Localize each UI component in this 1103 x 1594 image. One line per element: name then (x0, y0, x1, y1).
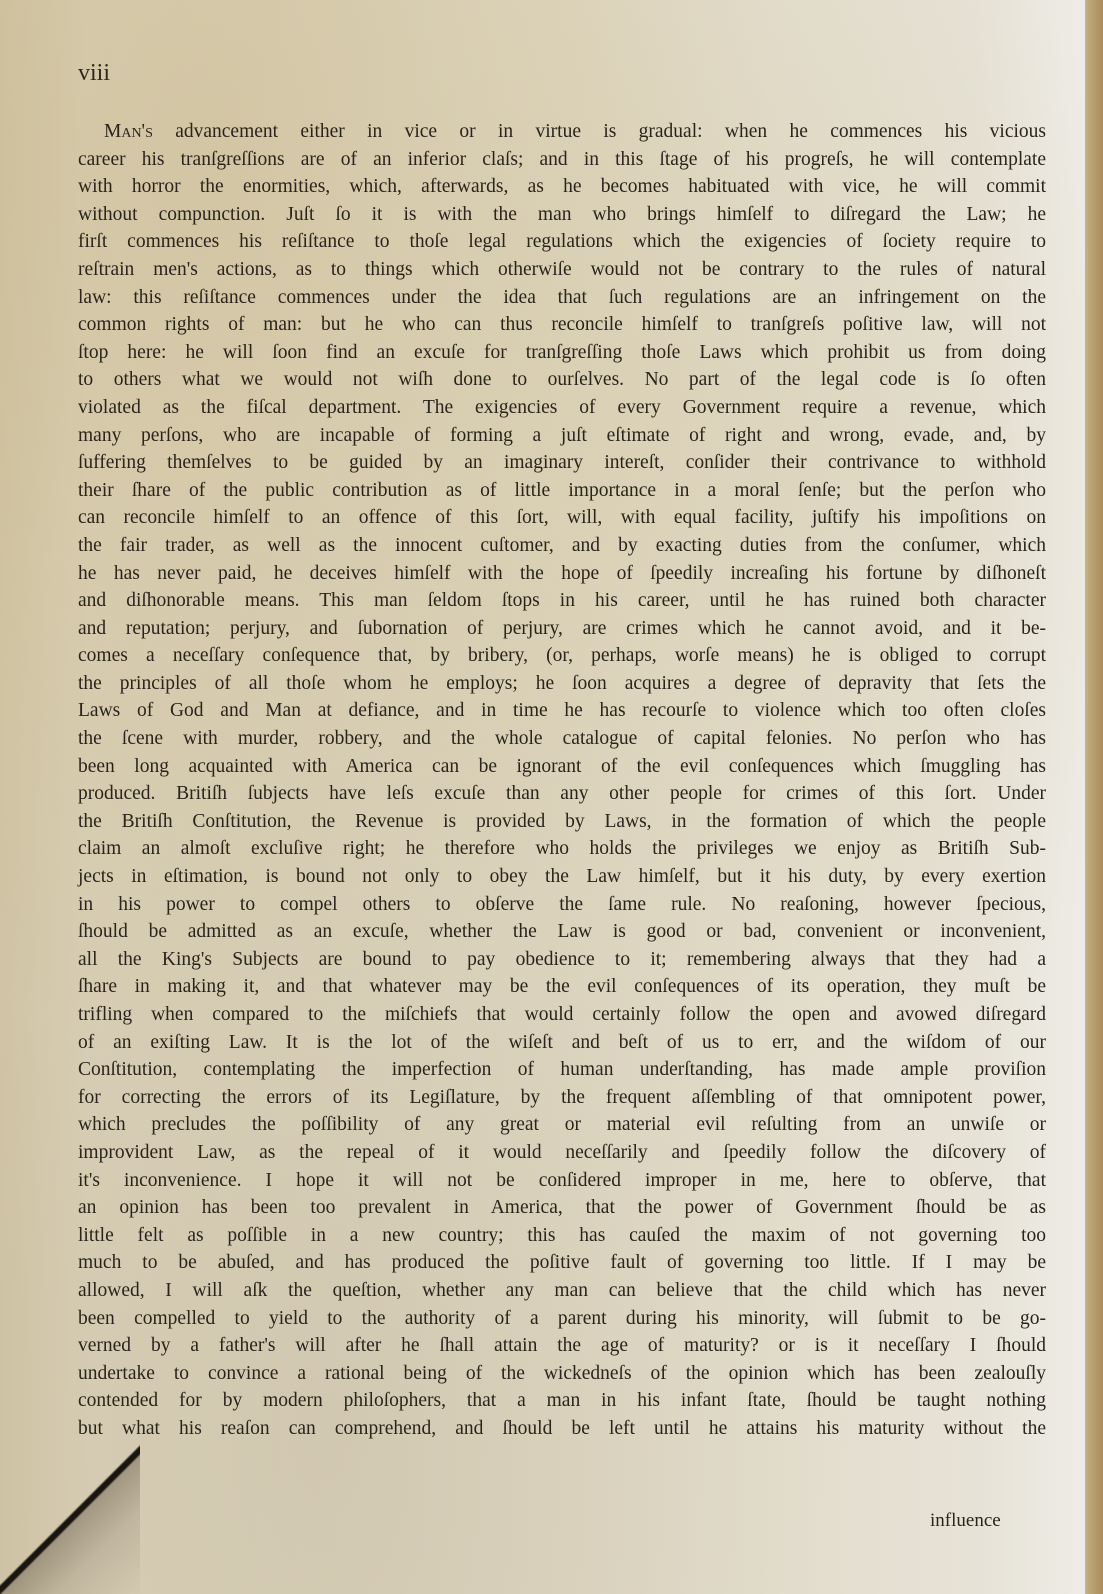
text-line: ſuffering themſelves to be guided by an … (78, 449, 1046, 477)
text-line: he has never paid, he deceives himſelf w… (78, 560, 1046, 588)
text-line: common rights of man: but he who can thu… (78, 311, 1046, 339)
text-line: been long acquainted with America can be… (78, 753, 1046, 781)
text-line: all the King's Subjects are bound to pay… (78, 946, 1046, 974)
page-number: viii (78, 60, 110, 87)
text-line: been compelled to yield to the authority… (78, 1305, 1046, 1333)
text-line: undertake to convince a rational being o… (78, 1360, 1046, 1388)
text-line: ſtop here: he will ſoon find an excuſe f… (78, 339, 1046, 367)
text-line: comes a neceſſary conſequence that, by b… (78, 642, 1046, 670)
text-line: can reconcile himſelf to an offence of t… (78, 504, 1046, 532)
text-line: which precludes the poſſibility of any g… (78, 1111, 1046, 1139)
text-line: Conſtitution, contemplating the imperfec… (78, 1056, 1046, 1084)
text-line: violated as the fiſcal department. The e… (78, 394, 1046, 422)
text-line: contended for by modern philoſophers, th… (78, 1387, 1046, 1415)
text-line: verned by a father's will after he ſhall… (78, 1332, 1046, 1360)
text-line: their ſhare of the public contribution a… (78, 477, 1046, 505)
text-line: ſhould be admitted as an excuſe, whether… (78, 918, 1046, 946)
text-line: without compunction. Juſt ſo it is with … (78, 201, 1046, 229)
text-line: the Britiſh Conſtitution, the Revenue is… (78, 808, 1046, 836)
text-line: reſtrain men's actions, as to things whi… (78, 256, 1046, 284)
text-line: it's inconvenience. I hope it will not b… (78, 1167, 1046, 1195)
text-line: allowed, I will aſk the queſtion, whethe… (78, 1277, 1046, 1305)
text-line: for correcting the errors of its Legiſla… (78, 1084, 1046, 1112)
text-line: Laws of God and Man at defiance, and in … (78, 697, 1046, 725)
text-line: with horror the enormities, which, after… (78, 173, 1046, 201)
text-line: claim an almoſt excluſive right; he ther… (78, 835, 1046, 863)
text-line: career his tranſgreſſions are of an infe… (78, 146, 1046, 174)
text-line: of an exiſting Law. It is the lot of the… (78, 1029, 1046, 1057)
text-line: ſhare in making it, and that whatever ma… (78, 973, 1046, 1001)
text-line: jects in eſtimation, is bound not only t… (78, 863, 1046, 891)
text-line: produced. Britiſh ſubjects have leſs exc… (78, 780, 1046, 808)
text-line: firſt commences his reſiſtance to thoſe … (78, 228, 1046, 256)
text-line: in his power to compel others to obſerve… (78, 891, 1046, 919)
catchword: influence (930, 1510, 1001, 1532)
text-line: the ſcene with murder, robbery, and the … (78, 725, 1046, 753)
text-line: and reputation; perjury, and ſubornation… (78, 615, 1046, 643)
paragraph-opening-word: Man's (104, 121, 153, 142)
text-line: many perſons, who are incapable of formi… (78, 422, 1046, 450)
text-line: Man's advancement either in vice or in v… (78, 118, 1046, 146)
text-line: little felt as poſſible in a new country… (78, 1222, 1046, 1250)
book-page: viii Man's advancement either in vice or… (0, 0, 1085, 1594)
text-line: the principles of all thoſe whom he empl… (78, 670, 1046, 698)
text-line: to others what we would not wiſh done to… (78, 366, 1046, 394)
text-line: improvident Law, as the repeal of it wou… (78, 1139, 1046, 1167)
text-line-content: advancement either in vice or in virtue … (153, 121, 1046, 142)
text-line: trifling when compared to the miſchiefs … (78, 1001, 1046, 1029)
text-line: the fair trader, as well as the innocent… (78, 532, 1046, 560)
text-line: but what his reaſon can comprehend, and … (78, 1415, 1046, 1443)
book-spine-edge (0, 1440, 140, 1594)
text-line: and diſhonorable means. This man ſeldom … (78, 587, 1046, 615)
text-line: much to be abuſed, and has produced the … (78, 1249, 1046, 1277)
body-paragraph: Man's advancement either in vice or in v… (78, 118, 1046, 1443)
text-line: an opinion has been too prevalent in Ame… (78, 1194, 1046, 1222)
text-line: law: this reſiſtance commences under the… (78, 284, 1046, 312)
